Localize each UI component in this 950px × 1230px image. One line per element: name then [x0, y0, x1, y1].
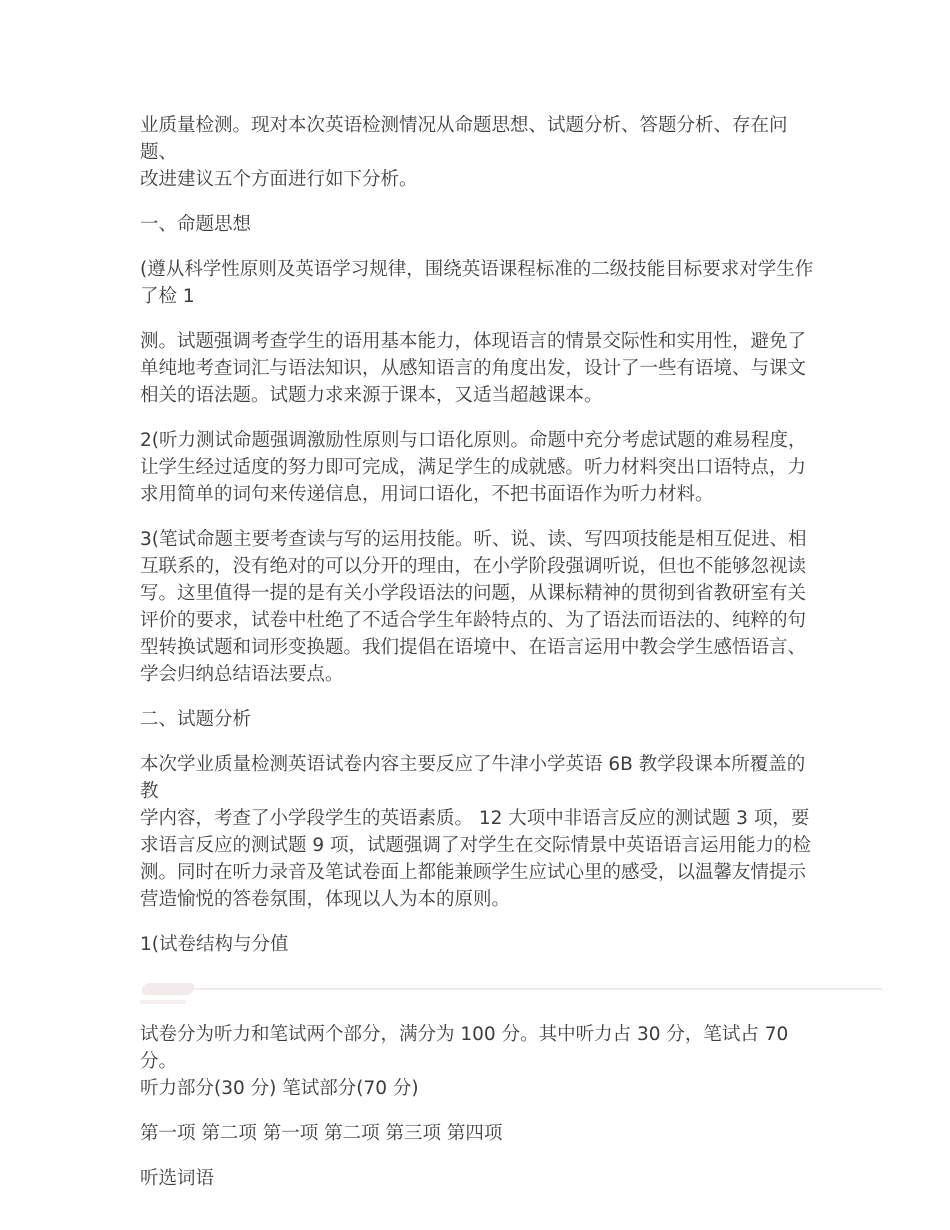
heading-section-one: 一、命题思想	[140, 211, 815, 238]
heading-structure-and-score: 1(试卷结构与分值	[140, 931, 815, 958]
paragraph-analysis-intro: 本次学业质量检测英语试卷内容主要反应了牛津小学英语 6B 教学段课本所覆盖的教 …	[140, 751, 815, 913]
paragraph-principle-2: 2(听力测试命题强调激励性原则与口语化原则。命题中充分考虑试题的难易程度， 让学…	[140, 427, 815, 508]
paragraph-principle-3: 3(笔试命题主要考查读与写的运用技能。听、说、读、写四项技能是相互促进、相 互联…	[140, 526, 815, 688]
heading-section-two: 二、试题分析	[140, 706, 815, 733]
watermark-smudge-icon	[140, 983, 196, 995]
watermark-line	[190, 988, 882, 990]
faint-watermark	[140, 976, 815, 1003]
paragraph-principle-1-continued: 测。试题强调考查学生的语用基本能力，体现语言的情景交际性和实用性，避免了 单纯地…	[140, 328, 815, 409]
document-page: 业质量检测。现对本次英语检测情况从命题思想、试题分析、答题分析、存在问题、 改进…	[0, 0, 950, 1230]
paragraph-principle-1: (遵从科学性原则及英语学习规律，围绕英语课程标准的二级技能目标要求对学生作 了检…	[140, 256, 815, 310]
paragraph-item-row: 第一项 第二项 第一项 第二项 第三项 第四项	[140, 1120, 815, 1147]
watermark-underline-smudge	[140, 1000, 186, 1004]
paragraph-intro: 业质量检测。现对本次英语检测情况从命题思想、试题分析、答题分析、存在问题、 改进…	[140, 112, 815, 193]
paragraph-score-breakdown: 试卷分为听力和笔试两个部分，满分为 100 分。其中听力占 30 分，笔试占 7…	[140, 1021, 815, 1102]
paragraph-item-label: 听选词语	[140, 1165, 815, 1192]
